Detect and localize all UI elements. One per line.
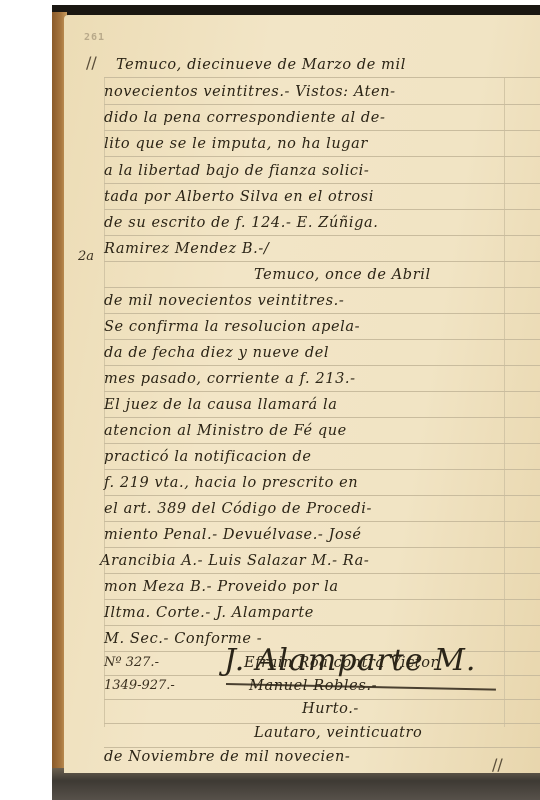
ruled-line (104, 417, 540, 418)
entry-2-margin-label: 2a (78, 249, 94, 264)
ruled-line (104, 339, 540, 340)
entry-1-line: dido la pena correspondiente al de- (104, 110, 504, 126)
ruled-line (104, 313, 540, 314)
ruled-line (104, 495, 540, 496)
ruled-line (104, 77, 540, 78)
entry-2-line: Temuco, once de Abril (254, 267, 540, 283)
ruled-line (104, 443, 540, 444)
entry-2-line: Iltma. Corte.- J. Alamparte (104, 605, 504, 621)
entry-1-line: novecientos veintitres.- Vistos: Aten- (104, 84, 504, 100)
ruled-line (104, 183, 540, 184)
ruled-line (104, 747, 540, 748)
entry-2-line: El juez de la causa llamará la (104, 397, 504, 413)
entry-1-line: Temuco, diecinueve de Marzo de mil (116, 57, 516, 73)
ruled-line (104, 287, 540, 288)
ruled-line (104, 469, 540, 470)
ruled-line (104, 156, 540, 157)
ruled-line (104, 130, 540, 131)
ruled-line (104, 699, 540, 700)
ruled-line (104, 261, 540, 262)
ruled-line (104, 723, 540, 724)
ruled-line (104, 104, 540, 105)
entry-3-line: Manuel Robles.- (249, 678, 540, 694)
entry-2-line: mon Meza B.- Proveido por la (104, 579, 504, 595)
case-number: Nº 327.- (104, 655, 159, 670)
page-number: 261 (84, 32, 105, 43)
entry-3-line: Hurto.- (302, 701, 540, 717)
ruled-line (104, 573, 540, 574)
entry-2-line: da de fecha diez y nueve del (104, 345, 504, 361)
right-margin-rule (504, 77, 505, 727)
entry-2-line: miento Penal.- Devuélvase.- José (104, 527, 504, 543)
ruled-line (104, 391, 540, 392)
ledger-page: 261 // Temuco, diecinueve de Marzo de mi… (64, 15, 540, 773)
ruled-line (104, 547, 540, 548)
entry-2-line: el art. 389 del Código de Procedi- (104, 501, 504, 517)
entry-2-line: Se confirma la resolucion apela- (104, 319, 504, 335)
entry-2-line: mes pasado, corriente a f. 213.- (104, 371, 504, 387)
entry-1-line: Ramirez Mendez B.-/ (104, 241, 504, 257)
entry-1-line: de su escrito de f. 124.- E. Zúñiga. (104, 215, 504, 231)
entry-3-line: de Noviembre de mil novecien- (104, 749, 504, 765)
entry-2-line: atencion al Ministro de Fé que (104, 423, 504, 439)
entry-2-line: f. 219 vta., hacia lo prescrito en (104, 475, 504, 491)
ruled-line (104, 235, 540, 236)
ruled-line (104, 599, 540, 600)
entry-open-mark: // (86, 53, 97, 72)
ruled-line (104, 521, 540, 522)
file-number: 1349-927.- (104, 678, 175, 693)
entry-3-line: Efrain Roa contra Victor (244, 655, 540, 671)
ruled-line (104, 625, 540, 626)
entry-2-line: practicó la notificacion de (104, 449, 504, 465)
entry-1-line: a la libertad bajo de fianza solici- (104, 163, 504, 179)
entry-1-line: tada por Alberto Silva en el otrosi (104, 189, 504, 205)
ruled-line (104, 365, 540, 366)
entry-2-line: Arancibia A.- Luis Salazar M.- Ra- (100, 553, 500, 569)
entry-1-line: lito que se le imputa, no ha lugar (104, 136, 504, 152)
ruled-line (104, 209, 540, 210)
entry-close-mark: // (492, 755, 503, 774)
entry-3-line: Lautaro, veinticuatro (254, 725, 540, 741)
entry-2-line: de mil novecientos veintitres.- (104, 293, 504, 309)
